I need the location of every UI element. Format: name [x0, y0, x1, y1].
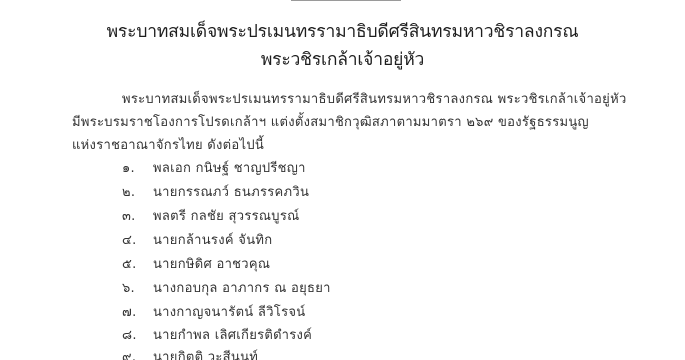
paragraph-line-1: พระบาทสมเด็จพระปรเมนทรรามาธิบดีศรีสินทรม… [122, 88, 627, 109]
appointee-name: นายกษิดิศ อาชวคุณ [153, 253, 270, 274]
appointee-name: นางกอบกุล อาภากร ณ อยุธยา [153, 277, 331, 298]
item-number: ๓. [122, 205, 136, 226]
heading-line-2: พระวชิรเกล้าเจ้าอยู่หัว [0, 45, 685, 73]
item-number: ๔. [122, 229, 137, 250]
item-number: ๑. [122, 157, 135, 178]
appointee-name: พลเอก กนิษฐ์ ชาญปรีชญา [153, 157, 306, 178]
appointee-name: พลตรี กลชัย สุวรรณบูรณ์ [153, 205, 299, 226]
heading-line-1: พระบาทสมเด็จพระปรเมนทรรามาธิบดีศรีสินทรม… [0, 17, 685, 45]
appointee-name: นางกาญจนารัตน์ ลีวิโรจน์ [153, 301, 305, 322]
item-number: ๘. [122, 324, 137, 345]
appointee-name: นายกำพล เลิศเกียรติดำรงค์ [153, 324, 312, 345]
paragraph-line-3: แห่งราชอาณาจักรไทย ดังต่อไปนี้ [72, 134, 264, 155]
appointee-name: นายกิตติ วะสีนนท์ [153, 346, 258, 360]
item-number: ๙. [122, 346, 136, 360]
item-number: ๒. [122, 181, 135, 202]
item-number: ๖. [122, 277, 135, 298]
item-number: ๕. [122, 253, 137, 274]
paragraph-line-2: มีพระบรมราชโองการโปรดเกล้าฯ แต่งตั้งสมาช… [72, 111, 589, 132]
appointee-name: นายกล้านรงค์ จันทิก [153, 229, 272, 250]
item-number: ๗. [122, 301, 137, 322]
appointee-name: นายกรรณภว์ ธนภรรคภวิน [153, 181, 309, 202]
seal-bottom-edge [291, 0, 401, 1]
